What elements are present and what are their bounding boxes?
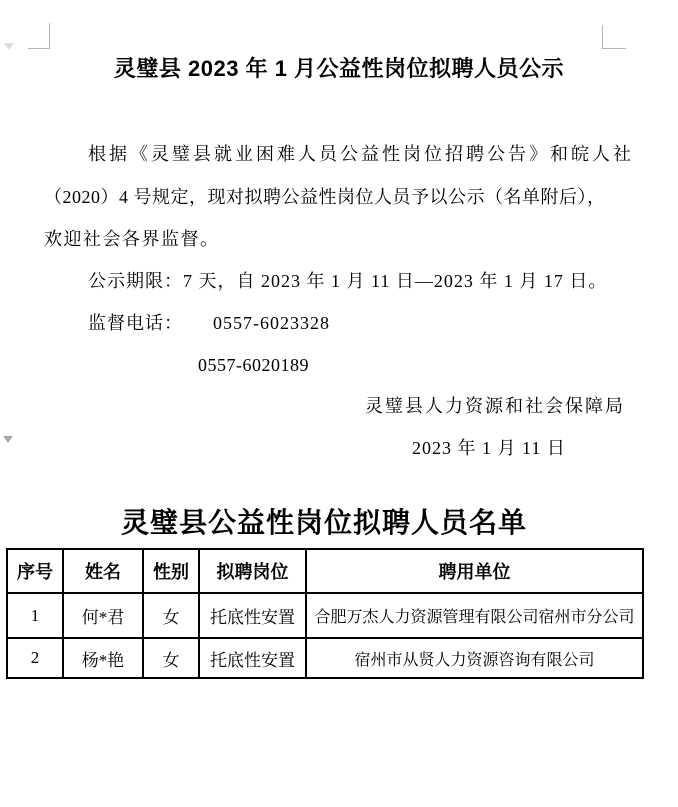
header-cell-gender: 性别 xyxy=(143,549,199,593)
header-cell-employer: 聘用单位 xyxy=(306,549,643,593)
cell-employer: 宿州市从贤人力资源咨询有限公司 xyxy=(306,638,643,678)
roster-table: 序号 姓名 性别 拟聘岗位 聘用单位 1 何*君 女 托底性安置 合肥万杰人力资… xyxy=(6,548,644,679)
cell-name: 杨*艳 xyxy=(63,638,143,678)
cell-employer: 合肥万杰人力资源管理有限公司宿州市分公司 xyxy=(306,593,643,638)
cell-serial: 1 xyxy=(7,593,63,638)
cell-gender: 女 xyxy=(143,593,199,638)
header-cell-position: 拟聘岗位 xyxy=(199,549,306,593)
document-page: { "document": { "title": "灵璧县 2023 年 1 月… xyxy=(0,0,678,807)
cell-name: 何*君 xyxy=(63,593,143,638)
header-cell-serial: 序号 xyxy=(7,549,63,593)
phone-number-1: 0557-6023328 xyxy=(213,313,330,333)
header-cell-name: 姓名 xyxy=(63,549,143,593)
supervision-phone-line: 监督电话：0557-6023328 xyxy=(88,313,330,333)
table-row: 2 杨*艳 女 托底性安置 宿州市从贤人力资源咨询有限公司 xyxy=(7,638,643,678)
paragraph-line: 根据《灵璧县就业困难人员公益性岗位招聘公告》和皖人社 xyxy=(88,144,634,164)
roster-header-row: 序号 姓名 性别 拟聘岗位 聘用单位 xyxy=(7,549,643,593)
cell-position: 托底性安置 xyxy=(199,638,306,678)
publicity-period-line: 公示期限：7 天，自 2023 年 1 月 11 日—2023 年 1 月 17… xyxy=(88,271,607,291)
table-row: 1 何*君 女 托底性安置 合肥万杰人力资源管理有限公司宿州市分公司 xyxy=(7,593,643,638)
page-margin-crop-mark-right xyxy=(602,25,626,49)
margin-marker-icon xyxy=(3,436,13,443)
cell-gender: 女 xyxy=(143,638,199,678)
paragraph-line: （2020）4 号规定，现对拟聘公益性岗位人员予以公示（名单附后）， xyxy=(44,187,606,207)
document-title: 灵璧县 2023 年 1 月公益性岗位拟聘人员公示 xyxy=(0,57,678,81)
issue-date: 2023 年 1 月 11 日 xyxy=(412,438,566,458)
page-margin-crop-mark-left xyxy=(28,23,50,49)
roster-title: 灵璧县公益性岗位拟聘人员名单 xyxy=(6,507,642,539)
issuer-signature: 灵璧县人力资源和社会保障局 xyxy=(365,396,625,416)
phone-number-2: 0557-6020189 xyxy=(198,355,309,375)
cell-position: 托底性安置 xyxy=(199,593,306,638)
margin-marker-icon xyxy=(4,43,14,50)
paragraph-line: 欢迎社会各界监督。 xyxy=(44,229,220,249)
phone-label: 监督电话： xyxy=(88,313,183,333)
cell-serial: 2 xyxy=(7,638,63,678)
